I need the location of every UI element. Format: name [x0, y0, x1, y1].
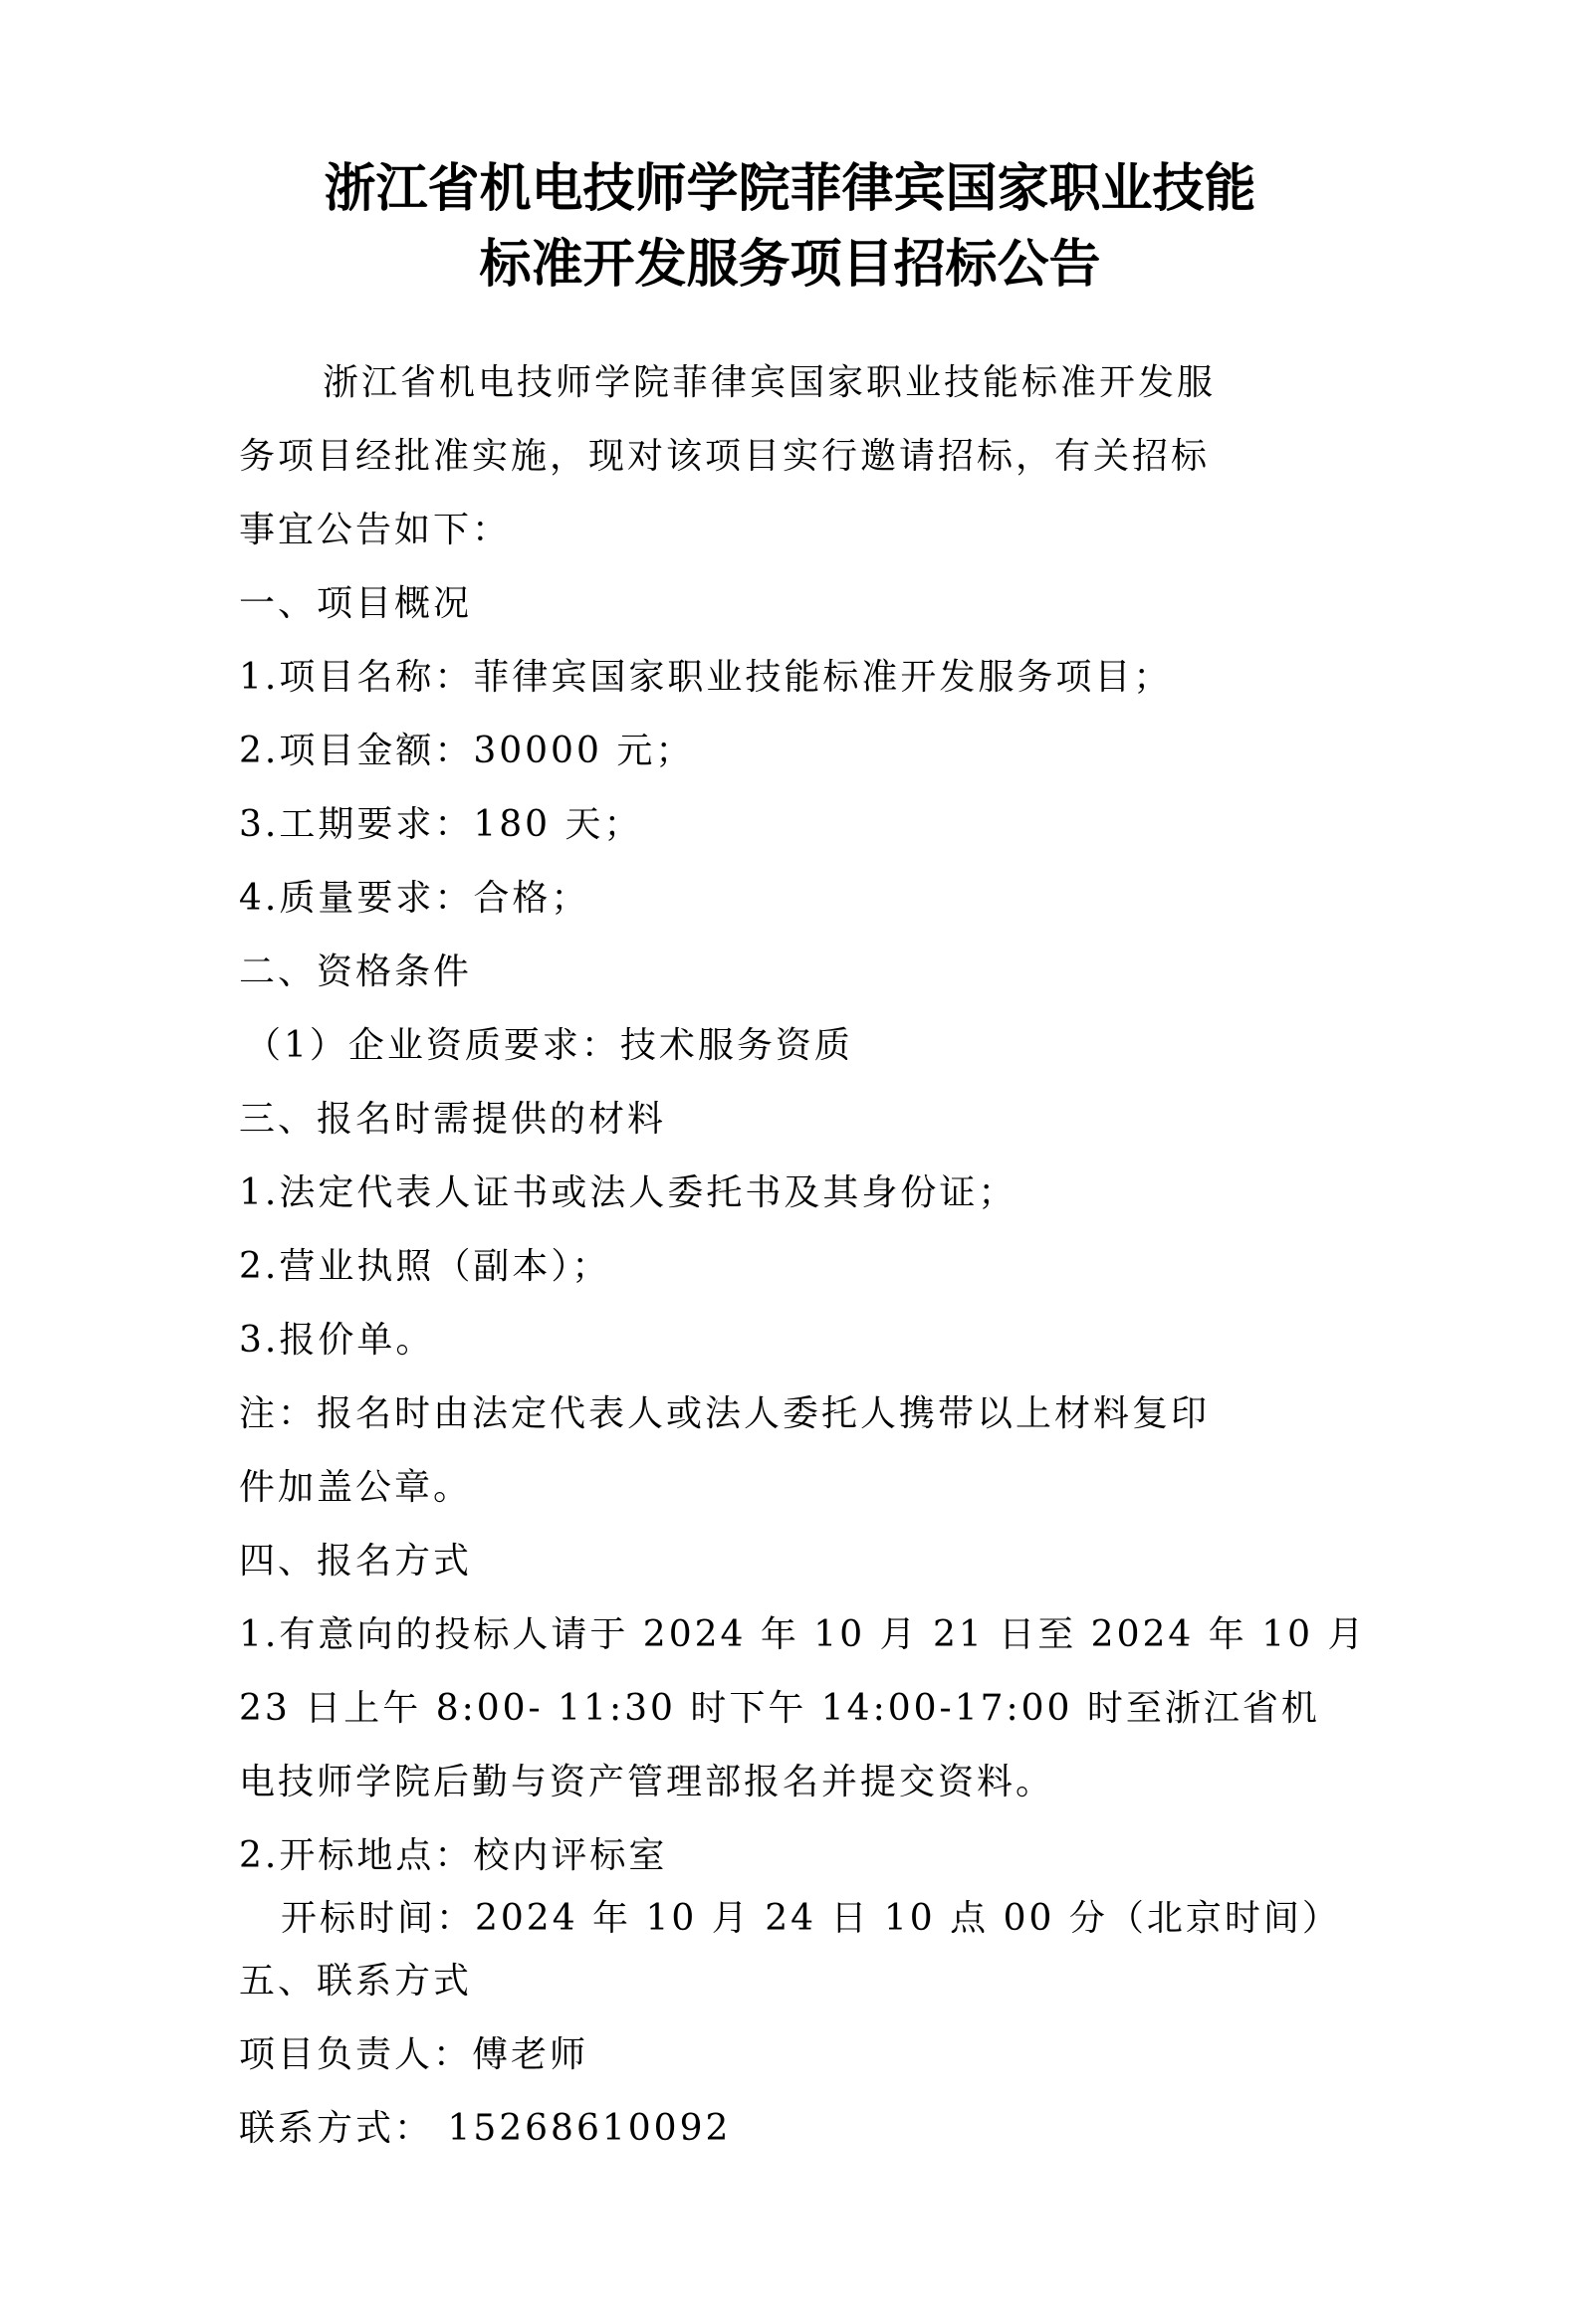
- document-page: 浙江省机电技师学院菲律宾国家职业技能 标准开发服务项目招标公告 浙江省机电技师学…: [0, 0, 1580, 2324]
- registration-line-2: 23 日上午 8:00- 11:30 时下午 14:00-17:00 时至浙江省…: [239, 1672, 1344, 1746]
- section-4-heading: 四、报名方式: [239, 1525, 1344, 1598]
- project-name-item: 1.项目名称：菲律宾国家职业技能标准开发服务项目；: [239, 641, 1344, 715]
- quality-requirement-item: 4.质量要求：合格；: [239, 862, 1344, 936]
- document-body: 浙江省机电技师学院菲律宾国家职业技能标准开发服 务项目经批准实施，现对该项目实行…: [239, 346, 1344, 2166]
- section-5-heading: 五、联系方式: [239, 1945, 1344, 2018]
- title-line-2: 标准开发服务项目招标公告: [0, 227, 1580, 303]
- contact-phone: 联系方式： 15268610092: [239, 2092, 1344, 2166]
- section-1-heading: 一、项目概况: [239, 567, 1344, 641]
- material-item-2: 2.营业执照（副本）；: [239, 1230, 1344, 1304]
- material-item-3: 3.报价单。: [239, 1304, 1344, 1377]
- bid-opening-location: 2.开标地点：校内评标室: [239, 1819, 1344, 1893]
- project-amount-item: 2.项目金额：30000 元；: [239, 715, 1344, 788]
- note-line-1: 注：报名时由法定代表人或法人委托人携带以上材料复印: [239, 1377, 1344, 1451]
- project-duration-item: 3.工期要求：180 天；: [239, 788, 1344, 862]
- document-title: 浙江省机电技师学院菲律宾国家职业技能 标准开发服务项目招标公告: [0, 151, 1580, 303]
- intro-line-3: 事宜公告如下：: [239, 494, 1344, 567]
- section-3-heading: 三、报名时需提供的材料: [239, 1083, 1344, 1157]
- registration-line-3: 电技师学院后勤与资产管理部报名并提交资料。: [239, 1746, 1344, 1819]
- section-2-heading: 二、资格条件: [239, 936, 1344, 1009]
- title-line-1: 浙江省机电技师学院菲律宾国家职业技能: [0, 151, 1580, 227]
- intro-line-1: 浙江省机电技师学院菲律宾国家职业技能标准开发服: [239, 346, 1344, 420]
- bid-opening-time: 开标时间：2024 年 10 月 24 日 10 点 00 分（北京时间）: [239, 1893, 1344, 1945]
- note-line-2: 件加盖公章。: [239, 1451, 1344, 1525]
- intro-line-2: 务项目经批准实施，现对该项目实行邀请招标，有关招标: [239, 420, 1344, 494]
- material-item-1: 1.法定代表人证书或法人委托书及其身份证；: [239, 1157, 1344, 1230]
- qualification-item: （1）企业资质要求：技术服务资质: [239, 1009, 1344, 1083]
- registration-line-1: 1.有意向的投标人请于 2024 年 10 月 21 日至 2024 年 10 …: [239, 1598, 1344, 1672]
- contact-person: 项目负责人：傅老师: [239, 2018, 1344, 2092]
